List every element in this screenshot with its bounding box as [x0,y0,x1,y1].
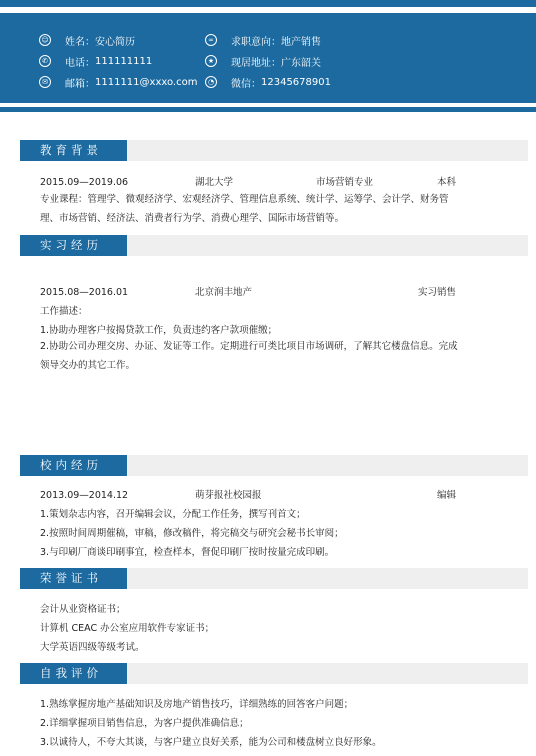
campus-item: 3.与印刷厂商谈印刷事宜，检查样本，督促印刷厂按时按量完成印刷。 [40,546,334,559]
phone-label: 电话： [65,54,95,69]
section-campus: 校内经历 [20,455,528,476]
campus-item: 2.按照时间周期催稿，审稿，修改稿件，将完稿交与研究会秘书长审阅； [40,527,344,540]
section-education: 教育背景 [20,140,528,161]
intern-company: 北京润丰地产 [195,286,252,299]
email-item: ✉ 邮箱： 1111111@xxxo.com [39,74,197,90]
link-icon: ∞ [205,34,217,46]
name-value: 安心简历 [95,33,135,48]
address-item: ★ 现居地址： 广东韶关 [205,53,321,69]
profile-header: ☺ 姓名： 安心简历 ✆ 电话： 111111111 ✉ 邮箱： 1111111… [0,13,536,103]
top-accent-bar [0,0,536,7]
self-item: 1.熟练掌握房地产基础知识及房地产销售技巧，详细熟练的回答客户问题； [40,698,353,711]
honor-item: 大学英语四级等级考试。 [40,641,145,654]
header-divider [0,107,536,112]
name-item: ☺ 姓名： 安心简历 [39,32,135,48]
address-label: 现居地址： [231,54,281,69]
section-honors: 荣誉证书 [20,568,528,589]
star-icon: ★ [205,55,217,67]
wechat-icon: ◔ [205,76,217,88]
phone-value: 111111111 [95,56,152,67]
intention-item: ∞ 求职意向： 地产销售 [205,32,321,48]
section-title: 自我评价 [20,663,127,684]
phone-icon: ✆ [39,55,51,67]
self-item: 2.详细掌握项目销售信息，为客户提供准确信息； [40,717,249,730]
address-value: 广东韶关 [281,54,321,69]
section-title: 实习经历 [20,235,127,256]
intention-value: 地产销售 [281,33,321,48]
mail-icon: ✉ [39,76,51,88]
section-internship: 实习经历 [20,235,528,256]
intention-label: 求职意向： [231,33,281,48]
section-self-evaluation: 自我评价 [20,663,528,684]
wechat-label: 微信： [231,75,261,90]
section-title: 荣誉证书 [20,568,127,589]
edu-date: 2015.09—2019.06 [40,176,128,189]
edu-degree: 本科 [437,176,456,189]
person-icon: ☺ [39,34,51,46]
edu-school: 湖北大学 [195,176,233,189]
intern-item: 1.协助办理客户按揭贷款工作，负责违约客户款项催缴； [40,324,277,337]
campus-date: 2013.09—2014.12 [40,489,128,502]
campus-item: 1.策划杂志内容，召开编辑会议，分配工作任务，撰写刊首文； [40,508,306,521]
wechat-item: ◔ 微信： 12345678901 [205,74,331,90]
email-label: 邮箱： [65,75,95,90]
phone-item: ✆ 电话： 111111111 [39,53,152,69]
intern-date: 2015.08—2016.01 [40,286,128,299]
wechat-value: 12345678901 [261,77,331,88]
section-title: 校内经历 [20,455,127,476]
name-label: 姓名： [65,33,95,48]
intern-item: 2.协助公司办理交房、办证、发证等工作。定期进行可类比项目市场调研，了解其它楼盘… [40,337,458,375]
self-item: 3.以诚待人，不夸大其谈，与客户建立良好关系，能为公司和楼盘树立良好形象。 [40,736,382,749]
honor-item: 计算机 CEAC 办公室应用软件专家证书； [40,622,214,635]
campus-role: 编辑 [437,489,456,502]
intern-role: 实习销售 [418,286,456,299]
section-title: 教育背景 [20,140,127,161]
email-value: 1111111@xxxo.com [95,77,197,88]
honor-item: 会计从业资格证书； [40,603,126,616]
intern-desc-label: 工作描述： [40,305,88,318]
campus-org: 萌芽报社校园报 [195,489,262,502]
edu-major: 市场营销专业 [316,176,373,189]
edu-courses: 专业课程：管理学、微观经济学、宏观经济学、管理信息系统、统计学、运筹学、会计学、… [40,190,458,228]
